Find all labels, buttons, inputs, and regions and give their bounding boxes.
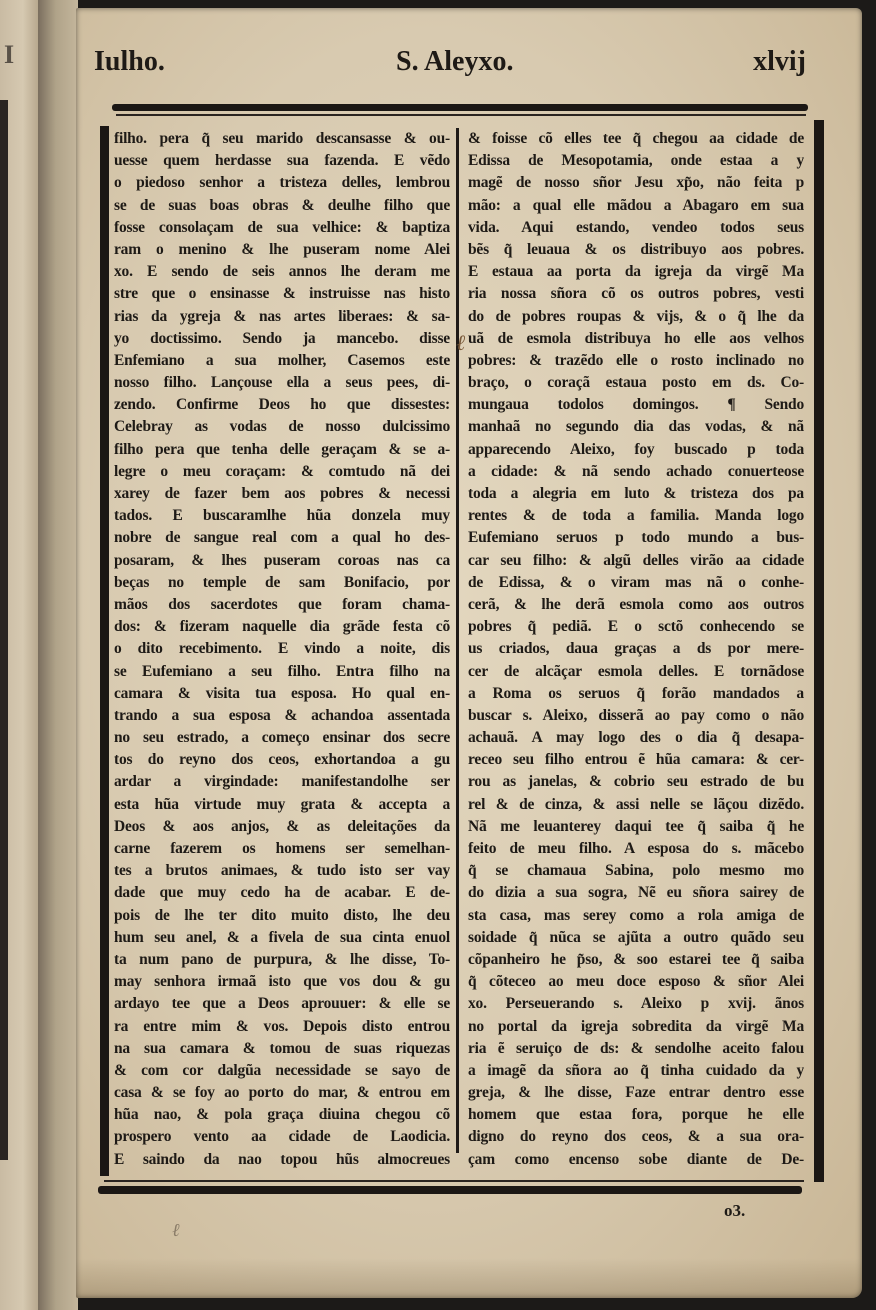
text-line: digno do reyno dos ceos, & a sua ora- xyxy=(468,1126,804,1148)
text-line: q̃ se chamaua Sabina, polo mesmo mo xyxy=(468,860,804,882)
text-line: cerã, & lhe derã esmola como aos outros xyxy=(468,594,804,616)
text-line: no seu estrado, a começo ensinar dos sec… xyxy=(114,727,450,749)
bottom-rule-thin xyxy=(104,1180,804,1182)
text-line: & com cor dalgũa necessidade se sayo de xyxy=(114,1060,450,1082)
text-line: hum seu anel, & a fivela de sua cinta en… xyxy=(114,927,450,949)
text-line: toda a alegria em luto & tristeza dos pa xyxy=(468,483,804,505)
text-line: uã de esmola distribuya ho elle aos velh… xyxy=(468,328,804,350)
top-rule-thin xyxy=(116,114,806,116)
text-line: feito de meu filho. A esposa do s. mãceb… xyxy=(468,838,804,860)
text-line: Nã me leuanterey daqui tee q̃ saiba q̃ h… xyxy=(468,816,804,838)
text-line: mungaua todolos domingos. ¶ Sendo xyxy=(468,394,804,416)
text-line: ria ẽ seruiço de ds: & sendolhe aceito f… xyxy=(468,1038,804,1060)
text-line: a cidade: & nã sendo achado conuerteose xyxy=(468,461,804,483)
text-line: filho pera que tenha delle geraçam & se … xyxy=(114,439,450,461)
bottom-rule xyxy=(98,1186,802,1194)
text-line: carne fazerem os homens ser semelhan- xyxy=(114,838,450,860)
text-line: çam como encenso sobe diante de De- xyxy=(468,1149,804,1171)
text-line: braço, o coraçã estaua posto em ds. Co- xyxy=(468,372,804,394)
text-line: mãos dos sacerdotes que foram chama- xyxy=(114,594,450,616)
text-line: tados. E buscaramlhe hũa donzela muy xyxy=(114,505,450,527)
text-line: q̃ cõteceo ao meu doce esposo & sñor Ale… xyxy=(468,971,804,993)
text-line: prospero vento aa cidade de Laodicia. xyxy=(114,1126,450,1148)
text-line: pobres: & trazẽdo elle o rosto inclinado… xyxy=(468,350,804,372)
text-line: greja, & lhe disse, Faze entrar dentro e… xyxy=(468,1082,804,1104)
text-line: pobres q̃ pediã. E o sctõ conhecendo se xyxy=(468,616,804,638)
previous-page-rule xyxy=(0,100,8,1160)
text-line: sta casa, mas serey como a rola amiga de xyxy=(468,905,804,927)
signature-mark: o3. xyxy=(724,1201,745,1221)
text-line: xo. E sendo de seis annos lhe deram me xyxy=(114,261,450,283)
text-line: o dito recebimento. E vindo a noite, dis xyxy=(114,638,450,660)
marginal-ink-mark: ℓ xyxy=(456,330,465,356)
column-divider xyxy=(456,128,459,1153)
text-line: a Roma os seruos q̃ forão mandados a xyxy=(468,683,804,705)
header-month: Iulho. xyxy=(94,46,165,78)
text-line: trando a sua esposa & achandoa assentada xyxy=(114,705,450,727)
text-line: us criados, daua graças a ds por mere- xyxy=(468,638,804,660)
text-line: tes a brutos animaes, & tudo isto ser va… xyxy=(114,860,450,882)
text-line: filho. pera q̃ seu marido descansasse & … xyxy=(114,128,450,150)
text-line: may senhora irmaã isto que vos dou & gu xyxy=(114,971,450,993)
text-line: mão: a qual elle mãdou a Abagaro em sua xyxy=(468,195,804,217)
text-line: magẽ de nosso sñor Jesu xp̃o, não feita … xyxy=(468,172,804,194)
text-line: se de suas boas obras & deulhe filho que xyxy=(114,195,450,217)
text-line: esta hũa virtude muy grata & accepta a xyxy=(114,794,450,816)
text-line: Enfemiano a sua molher, Casemos este xyxy=(114,350,450,372)
text-line: hũa nao, & pola graça diuina chegou cõ xyxy=(114,1104,450,1126)
folio-number: xlvij xyxy=(753,46,806,78)
text-line: bẽs q̃ leuaua & os distribuyo aos pobres… xyxy=(468,239,804,261)
top-rule xyxy=(112,104,808,111)
text-line: E estaua aa porta da igreja da virgẽ Ma xyxy=(468,261,804,283)
text-line: dos: & fizeram naquelle dia grãde festa … xyxy=(114,616,450,638)
text-line: E saindo da nao topou hũs almocreues xyxy=(114,1149,450,1171)
text-line: ardayo tee que a Deos aprouuer: & elle s… xyxy=(114,993,450,1015)
running-header: Iulho. S. Aleyxo. xlvij xyxy=(94,46,794,96)
text-line: homem que estaa fora, porque he elle xyxy=(468,1104,804,1126)
text-line: yo doctissimo. Sendo ja mancebo. disse xyxy=(114,328,450,350)
text-line: rentes & de toda a familia. Manda logo xyxy=(468,505,804,527)
text-line: o piedoso senhor a tristeza delles, lemb… xyxy=(114,172,450,194)
text-line: legre o meu coraçam: & comtudo nã dei xyxy=(114,461,450,483)
book-gutter xyxy=(38,0,78,1310)
text-line: se Eufemiano a seu filho. Entra filho na xyxy=(114,661,450,683)
text-line: rou as janelas, & cobrio seu estrado de … xyxy=(468,771,804,793)
text-line: tos do reyno dos ceos, exhortandoa a gu xyxy=(114,749,450,771)
text-line: ria nossa sñora cõ os outros pobres, ves… xyxy=(468,283,804,305)
text-line: ra entre mim & vos. Depois disto entrou xyxy=(114,1016,450,1038)
text-line: receo seu filho entrou ẽ hũa camara: & c… xyxy=(468,749,804,771)
right-text-column: & foisse cõ elles tee q̃ chegou aa cidad… xyxy=(468,128,804,1171)
text-line: xo. Perseuerando s. Aleixo p xvij. ãnos xyxy=(468,993,804,1015)
text-line: vida. Aqui estando, vendeo todos seus xyxy=(468,217,804,239)
text-line: do dizia a sua sogra, Nẽ eu sñora sairey… xyxy=(468,882,804,904)
text-line: cer de alcãçar esmola delles. E tornãdos… xyxy=(468,661,804,683)
text-line: manhaã no segundo dia das vodas, & nã xyxy=(468,416,804,438)
text-line: a imagẽ da sñora ao q̃ tinha cuidado da … xyxy=(468,1060,804,1082)
text-line: car seu filho: & algũ delles virão aa ci… xyxy=(468,550,804,572)
text-line: achauã. A may logo des o dia q̃ desapa- xyxy=(468,727,804,749)
text-line: camara & visita tua esposa. Ho qual en- xyxy=(114,683,450,705)
previous-page-glyph: I xyxy=(4,40,14,70)
text-line: Celebray as vodas de nosso dulcissimo xyxy=(114,416,450,438)
text-line: Deos & aos anjos, & as deleitações da xyxy=(114,816,450,838)
text-line: cõpanheiro he p̃so, & soo estarei tee q̃… xyxy=(468,949,804,971)
text-line: fosse consolaçam de sua velhice: & bapti… xyxy=(114,217,450,239)
text-line: nosso filho. Lançouse ella a seus pees, … xyxy=(114,372,450,394)
text-line: beças no temple de sam Bonifacio, por xyxy=(114,572,450,594)
text-line: buscar s. Aleixo, disserã ao pay como o … xyxy=(468,705,804,727)
text-line: & foisse cõ elles tee q̃ chegou aa cidad… xyxy=(468,128,804,150)
text-line: Eufemiano seruos p todo mundo a bus- xyxy=(468,527,804,549)
text-line: ta num pano de purpura, & lhe disse, To- xyxy=(114,949,450,971)
header-title: S. Aleyxo. xyxy=(396,46,513,78)
text-line: xarey de fazer bem aos pobres & necessi xyxy=(114,483,450,505)
text-line: Edissa de Mesopotamia, onde estaa a y xyxy=(468,150,804,172)
text-line: uesse quem herdasse sua fazenda. E vẽdo xyxy=(114,150,450,172)
text-line: de Edissa, & o viram mas nã o conhe- xyxy=(468,572,804,594)
text-line: na sua camara & tomou de suas riquezas xyxy=(114,1038,450,1060)
text-line: rel & de cinza, & assi nelle se lãçou di… xyxy=(468,794,804,816)
text-line: soidade q̃ nũca se ajũta a outro quãdo s… xyxy=(468,927,804,949)
text-line: casa & se foy ao porto do mar, & entrou … xyxy=(114,1082,450,1104)
text-line: ram o menino & lhe puseram nome Alei xyxy=(114,239,450,261)
left-border-bar xyxy=(100,126,109,1176)
text-line: apparecendo Aleixo, foy buscado p toda xyxy=(468,439,804,461)
text-line: dade que muy cedo ha de acabar. E de- xyxy=(114,882,450,904)
book-page: Iulho. S. Aleyxo. xlvij filho. pera q̃ s… xyxy=(76,8,862,1298)
pencil-mark: ℓ xyxy=(172,1220,180,1241)
right-border-bar xyxy=(814,120,824,1182)
previous-page-edge: I xyxy=(0,0,38,1310)
text-line: stre que o ensinasse & instruisse nas hi… xyxy=(114,283,450,305)
text-line: zendo. Confirme Deos ho que dissestes: xyxy=(114,394,450,416)
left-text-column: filho. pera q̃ seu marido descansasse & … xyxy=(114,128,450,1171)
text-line: pois de lhe ter dito muito disto, lhe de… xyxy=(114,905,450,927)
text-line: do de pobres roupas & vijs, & o q̃ lhe d… xyxy=(468,306,804,328)
text-line: posaram, & lhes puseram coroas nas ca xyxy=(114,550,450,572)
text-line: rias da ygreja & nas artes liberaes: & s… xyxy=(114,306,450,328)
text-line: ardar a virgindade: manifestandolhe ser xyxy=(114,771,450,793)
text-line: nobre de sangue real com a qual ho des- xyxy=(114,527,450,549)
text-line: no portal da igreja sobredita da virgẽ M… xyxy=(468,1016,804,1038)
